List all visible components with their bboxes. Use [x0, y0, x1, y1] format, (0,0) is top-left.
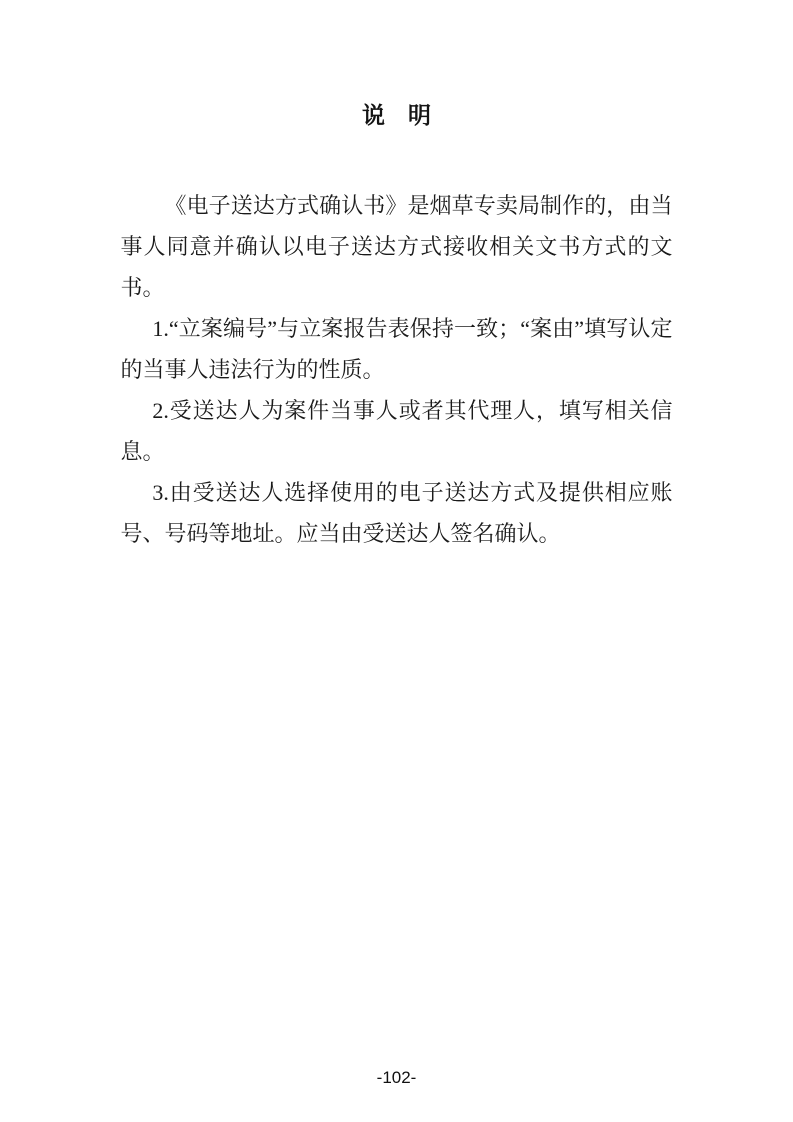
paragraph-item-3: 3.由受送达人选择使用的电子送达方式及提供相应账号、号码等地址。应当由受送达人签… — [121, 472, 673, 554]
document-content: 说 明 《电子送达方式确认书》是烟草专卖局制作的，由当事人同意并确认以电子送达方… — [121, 0, 673, 554]
document-title: 说 明 — [121, 101, 673, 129]
paragraph-intro: 《电子送达方式确认书》是烟草专卖局制作的，由当事人同意并确认以电子送达方式接收相… — [121, 185, 673, 308]
paragraph-item-2: 2.受送达人为案件当事人或者其代理人，填写相关信息。 — [121, 390, 673, 472]
paragraph-item-1: 1.“立案编号”与立案报告表保持一致；“案由”填写认定的当事人违法行为的性质。 — [121, 308, 673, 390]
document-page: 说 明 《电子送达方式确认书》是烟草专卖局制作的，由当事人同意并确认以电子送达方… — [0, 0, 793, 1122]
page-number: -102- — [0, 1068, 793, 1088]
